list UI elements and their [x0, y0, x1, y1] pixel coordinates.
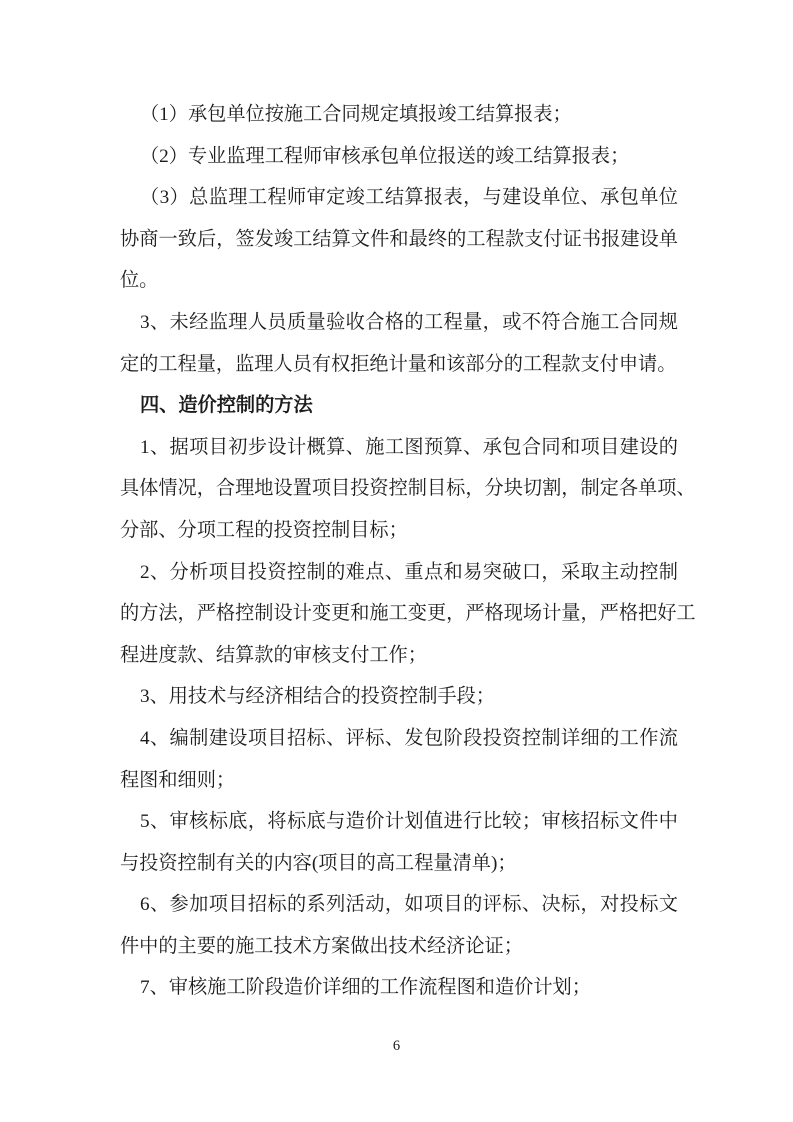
- paragraph: （1）承包单位按施工合同规定填报竣工结算报表；: [120, 94, 678, 136]
- paragraph: 1、据项目初步设计概算、施工图预算、承包合同和项目建设的具体情况，合理地设置项目…: [120, 427, 678, 552]
- text-line: 3、用技术与经济相结合的投资控制手段；: [120, 676, 678, 718]
- document-page: （1）承包单位按施工合同规定填报竣工结算报表；（2）专业监理工程师审核承包单位报…: [0, 0, 793, 1122]
- paragraph: 5、审核标底，将标底与造价计划值进行比较；审核招标文件中与投资控制有关的内容(项…: [120, 801, 678, 884]
- paragraph: （3）总监理工程师审定竣工结算报表，与建设单位、承包单位协商一致后，签发竣工结算…: [120, 177, 678, 302]
- text-line: 2、分析项目投资控制的难点、重点和易突破口，采取主动控制: [120, 552, 678, 594]
- text-line: 1、据项目初步设计概算、施工图预算、承包合同和项目建设的: [120, 427, 678, 469]
- text-line: 具体情况，合理地设置项目投资控制目标，分块切割，制定各单项、: [120, 468, 678, 510]
- text-line: 位。: [120, 260, 678, 302]
- text-line: （2）专业监理工程师审核承包单位报送的竣工结算报表；: [120, 136, 678, 178]
- text-line: 程图和细则；: [120, 760, 678, 802]
- text-line: 分部、分项工程的投资控制目标；: [120, 510, 678, 552]
- text-line: 7、审核施工阶段造价详细的工作流程图和造价计划；: [120, 967, 678, 1009]
- text-line: 定的工程量，监理人员有权拒绝计量和该部分的工程款支付申请。: [120, 344, 678, 386]
- paragraph: 3、未经监理人员质量验收合格的工程量，或不符合施工合同规定的工程量，监理人员有权…: [120, 302, 678, 385]
- text-line: 6、参加项目招标的系列活动，如项目的评标、决标，对投标文: [120, 884, 678, 926]
- text-line: 4、编制建设项目招标、评标、发包阶段投资控制详细的工作流: [120, 718, 678, 760]
- paragraph: （2）专业监理工程师审核承包单位报送的竣工结算报表；: [120, 136, 678, 178]
- text-line: （1）承包单位按施工合同规定填报竣工结算报表；: [120, 94, 678, 136]
- paragraph: 3、用技术与经济相结合的投资控制手段；: [120, 676, 678, 718]
- text-line: 3、未经监理人员质量验收合格的工程量，或不符合施工合同规: [120, 302, 678, 344]
- text-line: （3）总监理工程师审定竣工结算报表，与建设单位、承包单位: [120, 177, 678, 219]
- page-number: 6: [0, 1036, 793, 1056]
- text-line: 协商一致后，签发竣工结算文件和最终的工程款支付证书报建设单: [120, 219, 678, 261]
- text-line: 四、造价控制的方法: [120, 385, 678, 427]
- text-line: 件中的主要的施工技术方案做出技术经济论证；: [120, 926, 678, 968]
- paragraph: 6、参加项目招标的系列活动，如项目的评标、决标，对投标文件中的主要的施工技术方案…: [120, 884, 678, 967]
- section-heading: 四、造价控制的方法: [120, 385, 678, 427]
- paragraph: 2、分析项目投资控制的难点、重点和易突破口，采取主动控制的方法，严格控制设计变更…: [120, 552, 678, 677]
- text-line: 的方法，严格控制设计变更和施工变更，严格现场计量，严格把好工: [120, 593, 678, 635]
- paragraph: 7、审核施工阶段造价详细的工作流程图和造价计划；: [120, 967, 678, 1009]
- text-line: 程进度款、结算款的审核支付工作；: [120, 635, 678, 677]
- text-line: 5、审核标底，将标底与造价计划值进行比较；审核招标文件中: [120, 801, 678, 843]
- paragraph: 4、编制建设项目招标、评标、发包阶段投资控制详细的工作流程图和细则；: [120, 718, 678, 801]
- document-body: （1）承包单位按施工合同规定填报竣工结算报表；（2）专业监理工程师审核承包单位报…: [120, 94, 678, 1009]
- text-line: 与投资控制有关的内容(项目的高工程量清单)；: [120, 843, 678, 885]
